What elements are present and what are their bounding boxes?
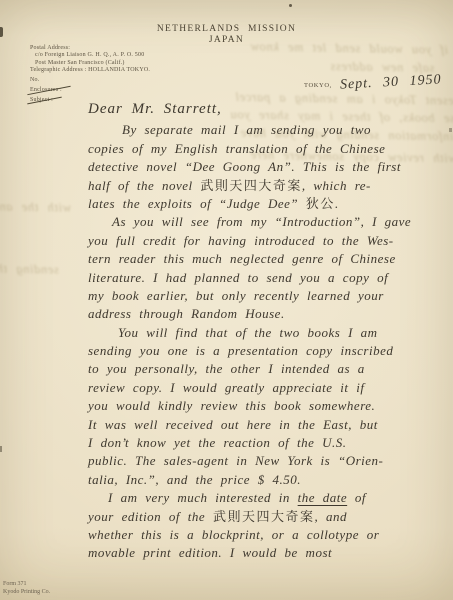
letter-line: I don’t know yet the reaction of the U.S… — [88, 434, 438, 452]
letter-line: literature. I had planned to send you a … — [88, 269, 438, 287]
printer-name: Kyodo Printing Co. — [3, 589, 50, 597]
handwritten-text: address through Random House. — [88, 306, 285, 321]
dateline: TOKYO, Sept. 30 1950 — [304, 74, 441, 92]
handwritten-text: review copy. I would greatly appreciate … — [88, 380, 365, 395]
letterhead-address-block: Postal Address: c/o Foreign Liaison G. H… — [30, 45, 150, 104]
scan-artifact — [449, 128, 452, 132]
letter-line: address through Random House. — [88, 305, 438, 323]
printer-footer: Form 371 Kyodo Printing Co. — [3, 581, 50, 596]
handwritten-text: I am very much interested in — [108, 490, 298, 505]
letter-line: talia, Inc.”, and the price $ 4.50. — [88, 471, 438, 489]
handwritten-text: the date — [298, 490, 348, 505]
letter-line: lates the exploits of “Judge Dee” 狄公. — [88, 195, 438, 213]
letter-line: public. The sales-agent in New York is “… — [88, 452, 438, 470]
handwritten-text: By separate mail I am sending you two — [122, 122, 371, 137]
scan-artifact — [0, 446, 2, 452]
handwritten-text: You will find that of the two books I am — [118, 325, 378, 340]
postal-address-line2: Post Master San Francisco (Calif.) — [30, 60, 150, 67]
letter-line: movable print edition. I would be most — [88, 544, 438, 562]
handwritten-date: Sept. 30 1950 — [340, 72, 442, 93]
handwritten-text: detective novel “Dee Goong An”. This is … — [88, 159, 401, 174]
letter-line: sending you one is a presentation copy i… — [88, 342, 438, 360]
chinese-text: 狄公 — [306, 196, 335, 211]
letter-line: you full credit for having introduced to… — [88, 232, 438, 250]
handwritten-text: As you will see from my “Introduction”, … — [112, 214, 411, 229]
letter-line: I am very much interested in the date of — [88, 489, 438, 507]
letter-body: Dear Mr. Starrett, By separate mail I am… — [88, 100, 438, 563]
handwritten-text: , and — [314, 509, 347, 524]
handwritten-text: sending you one is a presentation copy i… — [88, 343, 393, 358]
letterhead-org: NETHERLANDS MISSION JAPAN — [0, 24, 453, 46]
city-label: TOKYO, — [304, 82, 332, 89]
handwritten-text: half of the novel — [88, 178, 200, 193]
scanned-letter-page: grateful to you if you would send let me… — [0, 0, 453, 600]
handwritten-text: , which re- — [302, 178, 371, 193]
letter-line: detective novel “Dee Goong An”. This is … — [88, 158, 438, 176]
handwritten-text: literature. I had planned to send you a … — [88, 270, 388, 285]
handwritten-text: copies of my English translation of the … — [88, 141, 385, 156]
letter-line: whether this is a blockprint, or a collo… — [88, 526, 438, 544]
letter-line: half of the novel 武則天四大奇案, which re- — [88, 177, 438, 195]
letterhead-org-name: NETHERLANDS MISSION — [0, 24, 453, 35]
handwritten-text: talia, Inc.”, and the price $ 4.50. — [88, 472, 301, 487]
handwritten-text: It was well received out here in the Eas… — [88, 417, 378, 432]
letter-line: You will find that of the two books I am — [88, 324, 438, 342]
letter-line: By separate mail I am sending you two — [88, 121, 438, 139]
handwritten-text: you full credit for having introduced to… — [88, 233, 394, 248]
handwritten-text: whether this is a blockprint, or a collo… — [88, 527, 379, 542]
letter-line: your edition of the 武則天四大奇案, and — [88, 508, 438, 526]
scan-artifact — [0, 27, 3, 37]
handwritten-text: your edition of the — [88, 509, 213, 524]
letter-line: It was well received out here in the Eas… — [88, 416, 438, 434]
chinese-text: 武則天四大奇案 — [213, 509, 315, 524]
enclosures-label: Enclosures : — [30, 87, 150, 94]
handwritten-text: lates the exploits of “Judge Dee” — [88, 196, 306, 211]
handwritten-text: movable print edition. I would be most — [88, 545, 332, 560]
handwritten-text: of — [347, 490, 366, 505]
handwritten-text: to you personally, the other I intended … — [88, 361, 365, 376]
letter-line: to you personally, the other I intended … — [88, 360, 438, 378]
letter-line: copies of my English translation of the … — [88, 140, 438, 158]
letter-line: my book earlier, but only recently learn… — [88, 287, 438, 305]
letter-line: you would kindly review this book somewh… — [88, 397, 438, 415]
postal-address-line1: c/o Foreign Liaison G. H. Q., A. P. O. 5… — [30, 52, 150, 59]
postal-address-label: Postal Address: — [30, 45, 150, 52]
enclosures-label-struck: Enclosures : — [30, 87, 62, 94]
handwritten-text: public. The sales-agent in New York is “… — [88, 453, 383, 468]
form-number: Form 371 — [3, 581, 50, 589]
telegraphic-address-line: Telegraphic Address : HOLLANDIA TOKYO. — [30, 67, 150, 74]
chinese-text: 武則天四大奇案 — [200, 178, 302, 193]
handwritten-text: . — [335, 196, 339, 211]
no-label: No. — [30, 77, 150, 84]
letter-line: tern reader this much neglected genre of… — [88, 250, 438, 268]
scan-artifact — [289, 4, 292, 7]
handwritten-text: tern reader this much neglected genre of… — [88, 251, 396, 266]
subject-label-struck: Subject : — [30, 97, 53, 104]
letter-line: review copy. I would greatly appreciate … — [88, 379, 438, 397]
letter-line: As you will see from my “Introduction”, … — [88, 213, 438, 231]
handwritten-text: you would kindly review this book somewh… — [88, 398, 375, 413]
handwritten-text: I don’t know yet the reaction of the U.S… — [88, 435, 347, 450]
handwritten-text: my book earlier, but only recently learn… — [88, 288, 384, 303]
salutation: Dear Mr. Starrett, — [88, 100, 438, 118]
